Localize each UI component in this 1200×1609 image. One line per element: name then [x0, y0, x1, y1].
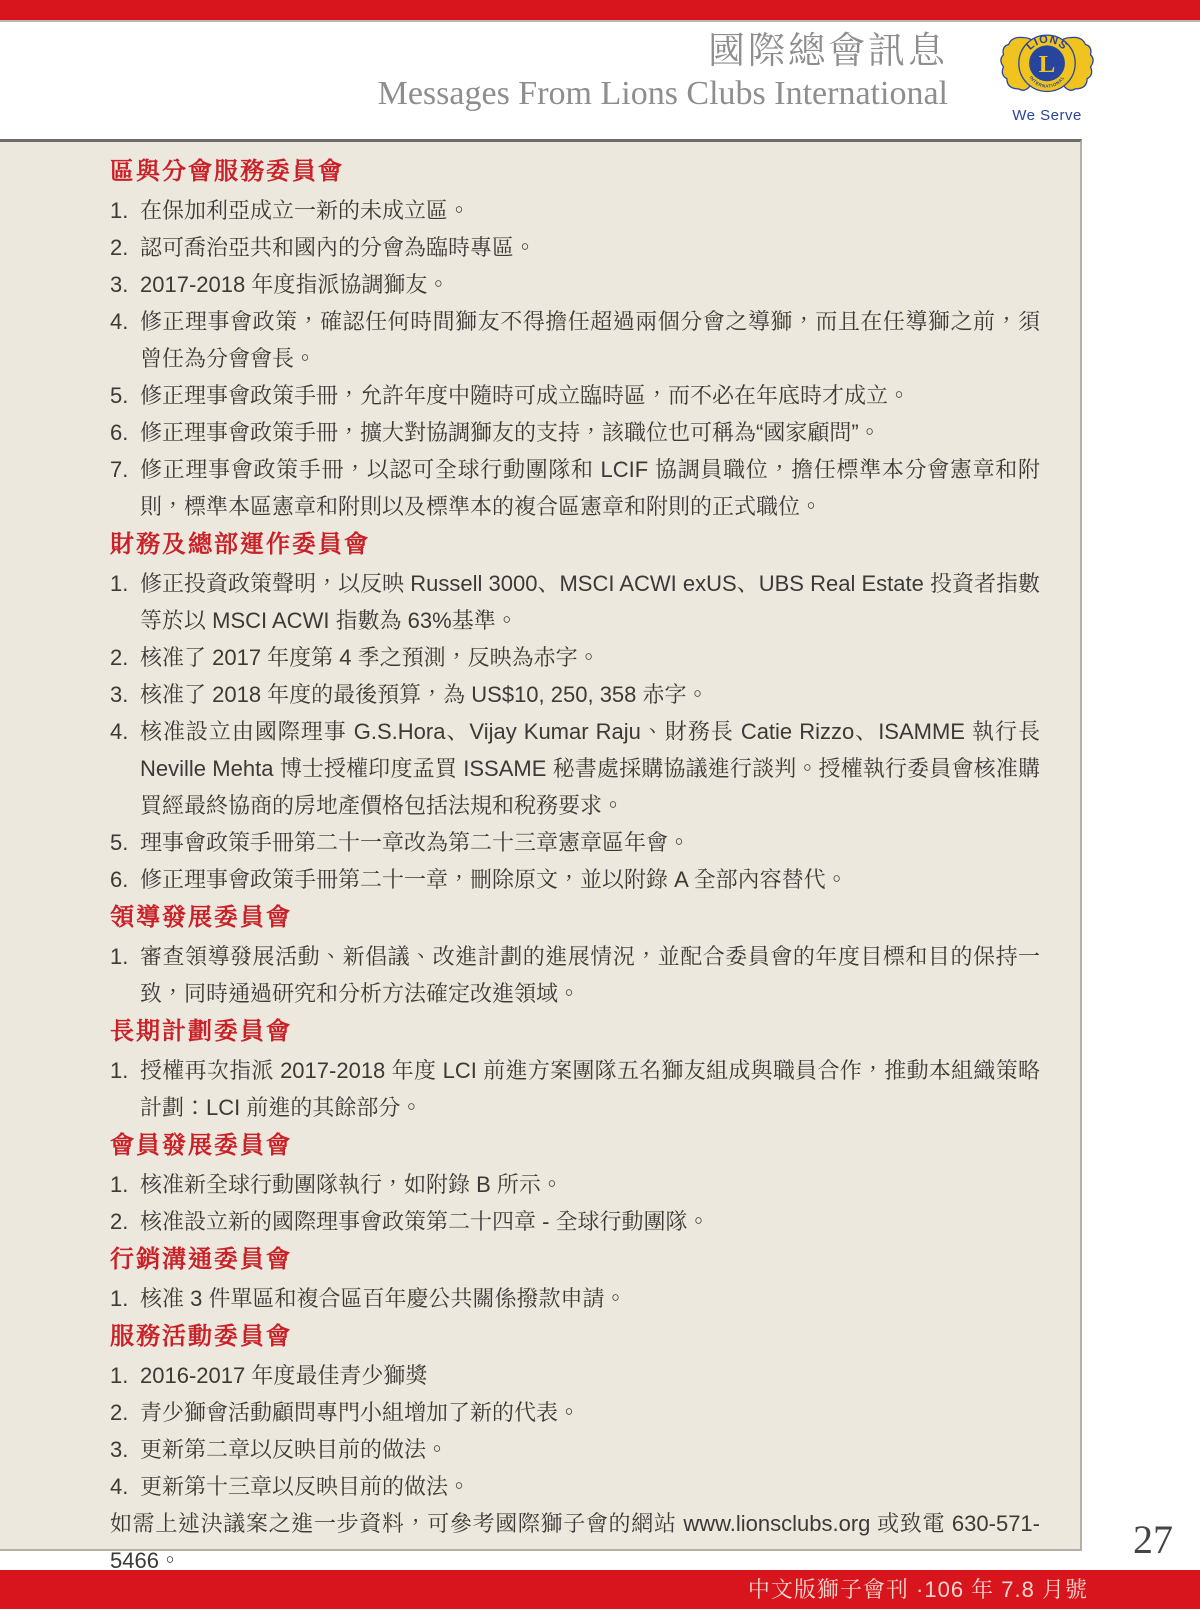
item-text: 2017-2018 年度指派協調獅友。 — [140, 266, 1040, 303]
list-item: 1.核准新全球行動團隊執行，如附錄 B 所示。 — [110, 1166, 1040, 1203]
list-item: 2.青少獅會活動顧問專門小組增加了新的代表。 — [110, 1394, 1040, 1431]
svg-text:L: L — [1039, 51, 1056, 78]
item-text: 更新第二章以反映目前的做法。 — [140, 1431, 1040, 1468]
item-text: 修正理事會政策手冊第二十一章，刪除原文，並以附錄 A 全部內容替代。 — [140, 861, 1040, 898]
item-text: 青少獅會活動顧問專門小組增加了新的代表。 — [140, 1394, 1040, 1431]
list-item: 7.修正理事會政策手冊，以認可全球行動團隊和 LCIF 協調員職位，擔任標準本分… — [110, 451, 1040, 525]
lions-emblem-icon: L LIONS INTERNATIONAL — [1000, 24, 1094, 106]
item-number: 3. — [110, 1431, 140, 1468]
item-number: 1. — [110, 1052, 140, 1126]
item-number: 1. — [110, 1357, 140, 1394]
item-number: 2. — [110, 229, 140, 266]
item-number: 1. — [110, 1166, 140, 1203]
item-number: 6. — [110, 861, 140, 898]
item-number: 1. — [110, 192, 140, 229]
item-number: 2. — [110, 1394, 140, 1431]
item-number: 5. — [110, 824, 140, 861]
list-item: 6.修正理事會政策手冊，擴大對協調獅友的支持，該職位也可稱為“國家顧問”。 — [110, 414, 1040, 451]
list-item: 1.核准 3 件單區和複合區百年慶公共關係撥款申請。 — [110, 1280, 1040, 1317]
list-item: 2.認可喬治亞共和國內的分會為臨時專區。 — [110, 229, 1040, 266]
item-text: 理事會政策手冊第二十一章改為第二十三章憲章區年會。 — [140, 824, 1040, 861]
list-item: 3.更新第二章以反映目前的做法。 — [110, 1431, 1040, 1468]
item-text: 2016-2017 年度最佳青少獅獎 — [140, 1357, 1040, 1394]
lions-logo: L LIONS INTERNATIONAL We Serve — [1000, 24, 1094, 124]
item-number: 3. — [110, 676, 140, 713]
item-text: 修正投資政策聲明，以反映 Russell 3000、MSCI ACWI exUS… — [140, 565, 1040, 639]
page-header: 國際總會訊息 Messages From Lions Clubs Interna… — [378, 30, 948, 114]
section-heading: 行銷溝通委員會 — [110, 1240, 1040, 1280]
top-red-bar — [0, 0, 1200, 22]
item-number: 3. — [110, 266, 140, 303]
list-item: 1.在保加利亞成立一新的未成立區。 — [110, 192, 1040, 229]
item-text: 授權再次指派 2017-2018 年度 LCI 前進方案團隊五名獅友組成與職員合… — [140, 1052, 1040, 1126]
section-heading: 財務及總部運作委員會 — [110, 525, 1040, 565]
we-serve-motto: We Serve — [1000, 107, 1094, 124]
item-text: 更新第十三章以反映目前的做法。 — [140, 1468, 1040, 1505]
section-heading: 會員發展委員會 — [110, 1126, 1040, 1166]
list-item: 5.理事會政策手冊第二十一章改為第二十三章憲章區年會。 — [110, 824, 1040, 861]
list-item: 1.修正投資政策聲明，以反映 Russell 3000、MSCI ACWI ex… — [110, 565, 1040, 639]
item-text: 修正理事會政策手冊，以認可全球行動團隊和 LCIF 協調員職位，擔任標準本分會憲… — [140, 451, 1040, 525]
note-text: 如需上述決議案之進一步資料，可參考國際獅子會的網站 www.lionsclubs… — [110, 1505, 1040, 1579]
content-panel: 區與分會服務委員會1.在保加利亞成立一新的未成立區。2.認可喬治亞共和國內的分會… — [0, 139, 1082, 1551]
item-number: 7. — [110, 451, 140, 525]
item-text: 核准設立新的國際理事會政策第二十四章 - 全球行動團隊。 — [140, 1203, 1040, 1240]
item-number: 6. — [110, 414, 140, 451]
section-heading: 領導發展委員會 — [110, 898, 1040, 938]
list-item: 2.核准了 2017 年度第 4 季之預測，反映為赤字。 — [110, 639, 1040, 676]
item-number: 4. — [110, 303, 140, 377]
section-heading: 長期計劃委員會 — [110, 1012, 1040, 1052]
header-title-en: Messages From Lions Clubs International — [378, 74, 948, 114]
list-item: 3.2017-2018 年度指派協調獅友。 — [110, 266, 1040, 303]
magazine-page: 國際總會訊息 Messages From Lions Clubs Interna… — [0, 0, 1200, 1609]
item-text: 核准了 2018 年度的最後預算，為 US$10, 250, 358 赤字。 — [140, 676, 1040, 713]
item-text: 核准新全球行動團隊執行，如附錄 B 所示。 — [140, 1166, 1040, 1203]
list-item: 6.修正理事會政策手冊第二十一章，刪除原文，並以附錄 A 全部內容替代。 — [110, 861, 1040, 898]
item-number: 4. — [110, 1468, 140, 1505]
list-item: 2.核准設立新的國際理事會政策第二十四章 - 全球行動團隊。 — [110, 1203, 1040, 1240]
footer-bar: 中文版獅子會刊 ·106 年 7.8 月號 — [0, 1570, 1200, 1609]
list-item: 1.授權再次指派 2017-2018 年度 LCI 前進方案團隊五名獅友組成與職… — [110, 1052, 1040, 1126]
item-text: 在保加利亞成立一新的未成立區。 — [140, 192, 1040, 229]
item-number: 1. — [110, 565, 140, 639]
item-number: 1. — [110, 938, 140, 1012]
list-item: 5.修正理事會政策手冊，允許年度中隨時可成立臨時區，而不必在年底時才成立。 — [110, 377, 1040, 414]
list-item: 3.核准了 2018 年度的最後預算，為 US$10, 250, 358 赤字。 — [110, 676, 1040, 713]
footer-journal-label: 中文版獅子會刊 ·106 年 7.8 月號 — [748, 1577, 1088, 1602]
item-number: 5. — [110, 377, 140, 414]
item-number: 1. — [110, 1280, 140, 1317]
list-item: 4.修正理事會政策，確認任何時間獅友不得擔任超過兩個分會之導獅，而且在任導獅之前… — [110, 303, 1040, 377]
page-number: 27 — [1118, 1516, 1188, 1563]
item-text: 修正理事會政策手冊，擴大對協調獅友的支持，該職位也可稱為“國家顧問”。 — [140, 414, 1040, 451]
item-text: 修正理事會政策，確認任何時間獅友不得擔任超過兩個分會之導獅，而且在任導獅之前，須… — [140, 303, 1040, 377]
item-text: 審查領導發展活動、新倡議、改進計劃的進展情況，並配合委員會的年度目標和目的保持一… — [140, 938, 1040, 1012]
item-text: 修正理事會政策手冊，允許年度中隨時可成立臨時區，而不必在年底時才成立。 — [140, 377, 1040, 414]
list-item: 1.2016-2017 年度最佳青少獅獎 — [110, 1357, 1040, 1394]
item-number: 2. — [110, 1203, 140, 1240]
item-text: 核准 3 件單區和複合區百年慶公共關係撥款申請。 — [140, 1280, 1040, 1317]
header-title-zh: 國際總會訊息 — [378, 30, 948, 74]
item-text: 核准了 2017 年度第 4 季之預測，反映為赤字。 — [140, 639, 1040, 676]
list-item: 4.核准設立由國際理事 G.S.Hora、Vijay Kumar Raju、財務… — [110, 713, 1040, 824]
item-number: 2. — [110, 639, 140, 676]
section-heading: 服務活動委員會 — [110, 1317, 1040, 1357]
item-number: 4. — [110, 713, 140, 824]
committee-sections: 區與分會服務委員會1.在保加利亞成立一新的未成立區。2.認可喬治亞共和國內的分會… — [110, 152, 1040, 1505]
item-text: 核准設立由國際理事 G.S.Hora、Vijay Kumar Raju、財務長 … — [140, 713, 1040, 824]
item-text: 認可喬治亞共和國內的分會為臨時專區。 — [140, 229, 1040, 266]
list-item: 1.審查領導發展活動、新倡議、改進計劃的進展情況，並配合委員會的年度目標和目的保… — [110, 938, 1040, 1012]
list-item: 4.更新第十三章以反映目前的做法。 — [110, 1468, 1040, 1505]
section-heading: 區與分會服務委員會 — [110, 152, 1040, 192]
